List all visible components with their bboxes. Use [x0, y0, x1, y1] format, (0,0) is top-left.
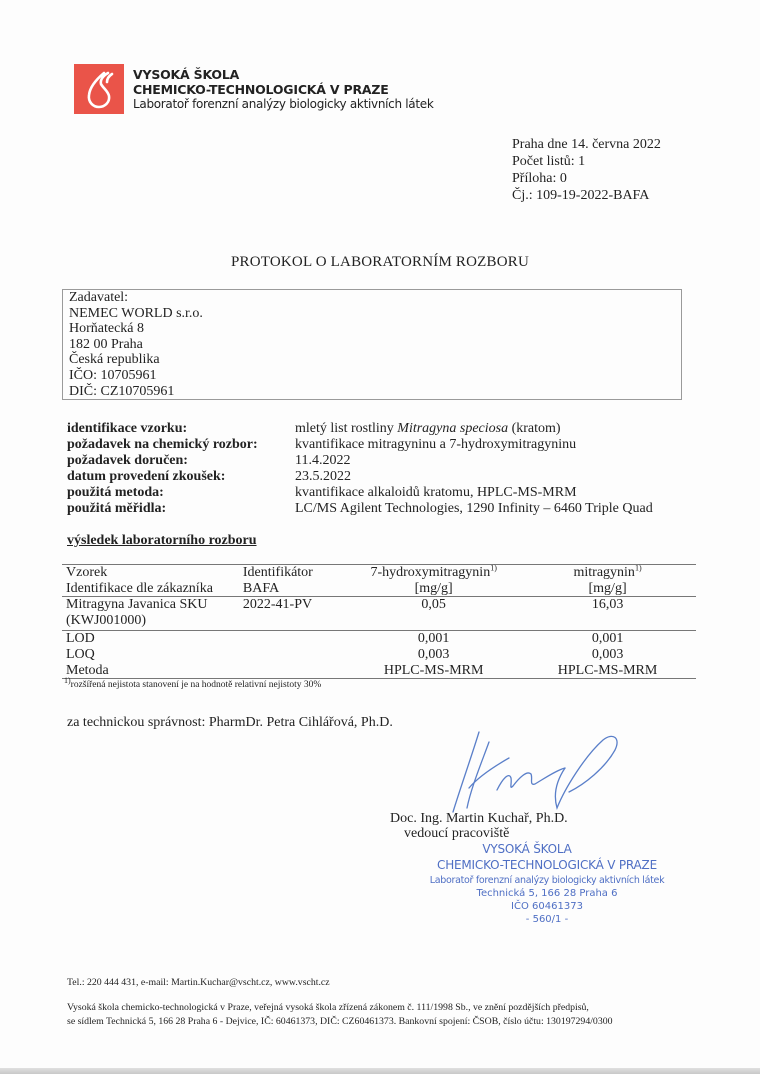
header-cell: [mg/g]	[519, 581, 696, 597]
stamp-line: CHEMICKO-TECHNOLOGICKÁ V PRAZE	[412, 858, 682, 872]
method-hydroxy: HPLC-MS-MRM	[348, 663, 519, 679]
institution-name-line2: CHEMICKO-TECHNOLOGICKÁ V PRAZE	[133, 82, 434, 97]
table-row: Metoda HPLC-MS-MRM HPLC-MS-MRM	[62, 663, 696, 679]
lod-hydroxy: 0,001	[348, 631, 519, 647]
client-dic: DIČ: CZ10705961	[69, 384, 681, 400]
header-cell: Identifikace dle zákazníka	[62, 581, 243, 597]
client-ico: IČO: 10705961	[69, 368, 681, 384]
header-cell: [mg/g]	[348, 581, 519, 597]
header-cell: 7-hydroxymitragynin1)	[348, 565, 519, 581]
reference-number: Čj.: 109-19-2022-BAFA	[512, 187, 661, 204]
table-row: LOD 0,001 0,001	[62, 631, 696, 647]
institution-name-line1: VYSOKÁ ŠKOLA	[133, 67, 434, 82]
stamp-line: Technická 5, 166 28 Praha 6	[412, 888, 682, 899]
stamp-line: - 560/1 -	[412, 914, 682, 925]
attachment-count: Příloha: 0	[512, 170, 661, 187]
sample-info: identifikace vzorku: mletý list rostliny…	[67, 421, 653, 517]
info-label: použitá metoda:	[67, 485, 295, 501]
client-city: 182 00 Praha	[69, 337, 681, 353]
info-value: mletý list rostliny Mitragyna speciosa (…	[295, 421, 561, 437]
info-value: 23.5.2022	[295, 469, 351, 485]
method-label: Metoda	[62, 663, 243, 679]
stamp-line: Laboratoř forenzní analýzy biologicky ak…	[412, 875, 682, 886]
header-cell: Identifikátor	[243, 565, 348, 581]
lod-mitragynin: 0,001	[519, 631, 696, 647]
info-label: požadavek na chemický rozbor:	[67, 437, 295, 453]
sample-id: 2022-41-PV	[243, 597, 348, 613]
client-street: Horňatecká 8	[69, 321, 681, 337]
vscht-logo-icon	[74, 64, 124, 114]
stamp-line: IČO 60461373	[412, 901, 682, 912]
sample-name: Mitragyna Javanica SKU	[62, 597, 243, 613]
header-cell: BAFA	[243, 581, 348, 597]
header-cell: mitragynin1)	[519, 565, 696, 581]
document-meta: Praha dne 14. června 2022 Počet listů: 1…	[512, 136, 661, 204]
results-heading: výsledek laboratorního rozboru	[67, 533, 257, 549]
info-row: požadavek doručen: 11.4.2022	[67, 453, 653, 469]
sample-mitragynine: 16,03	[519, 597, 696, 613]
document-title-text: PROTOKOL O LABORATORNÍM ROZBORU	[231, 254, 529, 270]
page-edge	[0, 1068, 760, 1074]
info-value: kvantifikace mitragyninu a 7-hydroxymitr…	[295, 437, 576, 453]
info-row: použitá metoda: kvantifikace alkaloidů k…	[67, 485, 653, 501]
client-label: Zadavatel:	[69, 290, 681, 306]
official-stamp: VYSOKÁ ŠKOLA CHEMICKO-TECHNOLOGICKÁ V PR…	[412, 842, 682, 925]
info-row: použitá měřidla: LC/MS Agilent Technolog…	[67, 501, 653, 517]
stamp-line: VYSOKÁ ŠKOLA	[372, 842, 682, 856]
loq-hydroxy: 0,003	[348, 647, 519, 663]
table-footnote: 1)rozšířená nejistota stanovení je na ho…	[62, 679, 696, 692]
info-row: datum provedení zkoušek: 23.5.2022	[67, 469, 653, 485]
contact-line: Tel.: 220 444 431, e-mail: Martin.Kuchar…	[67, 977, 330, 988]
legal-footer: Vysoká škola chemicko-technologická v Pr…	[67, 1001, 613, 1029]
info-label: datum provedení zkoušek:	[67, 469, 295, 485]
legal-line: se sídlem Technická 5, 166 28 Praha 6 - …	[67, 1015, 613, 1029]
table-row: (KWJ001000)	[62, 613, 696, 629]
info-value: 11.4.2022	[295, 453, 350, 469]
sample-code: (KWJ001000)	[62, 613, 244, 629]
document-title: PROTOKOL O LABORATORNÍM ROZBORU	[0, 254, 760, 271]
head-name: Doc. Ing. Martin Kuchař, Ph.D.	[390, 811, 568, 826]
handwritten-signature-icon	[445, 728, 635, 823]
info-row: identifikace vzorku: mletý list rostliny…	[67, 421, 653, 437]
lod-label: LOD	[62, 631, 243, 647]
results-table: Vzorek Identifikátor 7-hydroxymitragynin…	[62, 564, 696, 692]
client-name: NEMEC WORLD s.r.o.	[69, 306, 681, 322]
laboratory-name: Laboratoř forenzní analýzy biologicky ak…	[133, 97, 434, 112]
info-label: použitá měřidla:	[67, 501, 295, 517]
institution-header: VYSOKÁ ŠKOLA CHEMICKO-TECHNOLOGICKÁ V PR…	[133, 67, 434, 112]
head-role: vedoucí pracoviště	[390, 826, 568, 841]
sample-hydroxymitragynine: 0,05	[348, 597, 519, 613]
info-label: identifikace vzorku:	[67, 421, 295, 437]
loq-mitragynin: 0,003	[519, 647, 696, 663]
method-mitragynin: HPLC-MS-MRM	[519, 663, 696, 679]
client-box: Zadavatel: NEMEC WORLD s.r.o. Horňatecká…	[62, 289, 682, 400]
info-value: LC/MS Agilent Technologies, 1290 Infinit…	[295, 501, 653, 517]
info-value: kvantifikace alkaloidů kratomu, HPLC-MS-…	[295, 485, 577, 501]
table-header-row: Vzorek Identifikátor 7-hydroxymitragynin…	[62, 565, 696, 581]
table-row: LOQ 0,003 0,003	[62, 647, 696, 663]
info-row: požadavek na chemický rozbor: kvantifika…	[67, 437, 653, 453]
place-date: Praha dne 14. června 2022	[512, 136, 661, 153]
technical-approval: za technickou správnost: PharmDr. Petra …	[67, 715, 393, 731]
client-country: Česká republika	[69, 352, 681, 368]
head-signatory: Doc. Ing. Martin Kuchař, Ph.D. vedoucí p…	[390, 811, 568, 841]
loq-label: LOQ	[62, 647, 243, 663]
table-header-row: Identifikace dle zákazníka BAFA [mg/g] […	[62, 581, 696, 597]
legal-line: Vysoká škola chemicko-technologická v Pr…	[67, 1001, 613, 1015]
sheet-count: Počet listů: 1	[512, 153, 661, 170]
info-label: požadavek doručen:	[67, 453, 295, 469]
header-cell: Vzorek	[62, 565, 243, 581]
table-row: Mitragyna Javanica SKU 2022-41-PV 0,05 1…	[62, 597, 696, 613]
